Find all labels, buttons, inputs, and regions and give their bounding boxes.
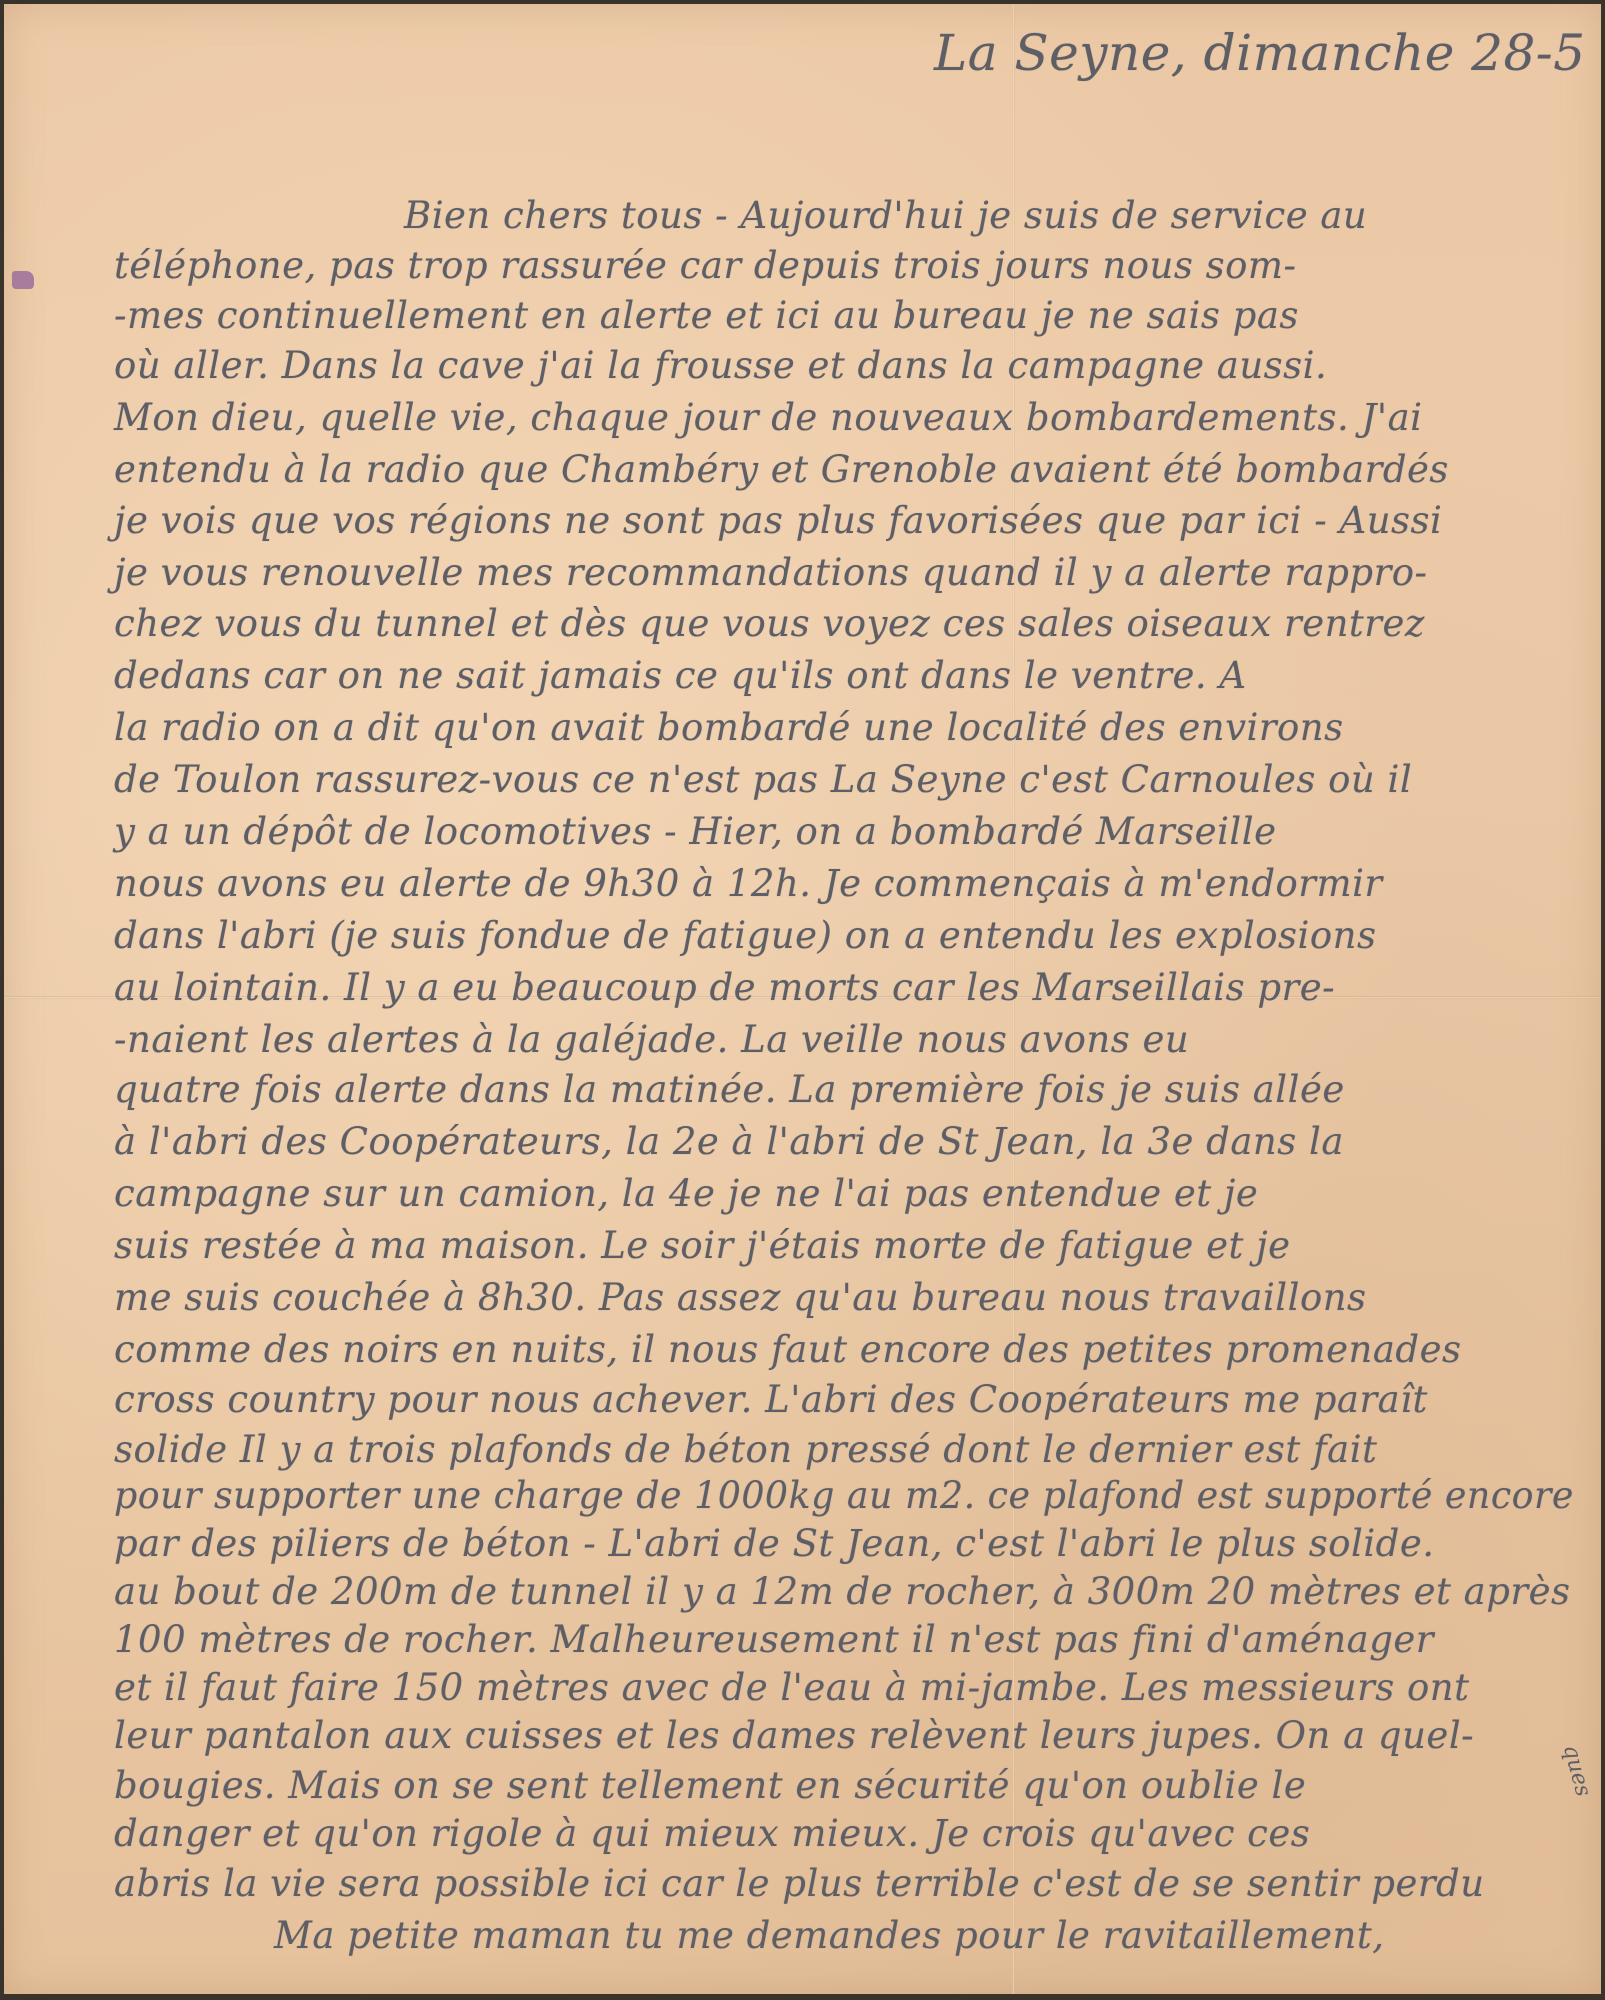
letter-line: de Toulon rassurez-vous ce n'est pas La … <box>114 758 1574 801</box>
letter-line: -naient les alertes à la galéjade. La ve… <box>114 1018 1574 1061</box>
letter-line: au bout de 200m de tunnel il y a 12m de … <box>114 1570 1574 1613</box>
purple-ink-stain <box>12 271 34 289</box>
letter-line: quatre fois alerte dans la matinée. La p… <box>114 1068 1574 1111</box>
letter-line: dans l'abri (je suis fondue de fatigue) … <box>114 914 1574 957</box>
letter-line: nous avons eu alerte de 9h30 à 12h. Je c… <box>114 862 1574 905</box>
letter-line: je vois que vos régions ne sont pas plus… <box>114 499 1574 542</box>
letter-line: pour supporter une charge de 1000kg au m… <box>114 1474 1548 1517</box>
letter-line: comme des noirs en nuits, il nous faut e… <box>114 1328 1574 1371</box>
letter-line: je vous renouvelle mes recommandations q… <box>114 551 1574 594</box>
letter-heading-place-date: La Seyne, dimanche 28-5 <box>934 24 1586 82</box>
letter-line: à l'abri des Coopérateurs, la 2e à l'abr… <box>114 1120 1574 1163</box>
letter-line: au lointain. Il y a eu beaucoup de morts… <box>114 966 1574 1009</box>
letter-line: me suis couchée à 8h30. Pas assez qu'au … <box>114 1276 1574 1319</box>
letter-line: campagne sur un camion, la 4e je ne l'ai… <box>114 1172 1574 1215</box>
letter-line: cross country pour nous achever. L'abri … <box>114 1378 1574 1421</box>
letter-line: entendu à la radio que Chambéry et Greno… <box>114 448 1574 491</box>
letter-line: suis restée à ma maison. Le soir j'étais… <box>114 1224 1574 1267</box>
letter-line: téléphone, pas trop rassurée car depuis … <box>114 244 1574 287</box>
letter-line: et il faut faire 150 mètres avec de l'ea… <box>114 1666 1574 1709</box>
letter-line: dedans car on ne sait jamais ce qu'ils o… <box>114 654 1574 697</box>
letter-line: 100 mètres de rocher. Malheureusement il… <box>114 1618 1574 1661</box>
letter-line: la radio on a dit qu'on avait bombardé u… <box>114 706 1574 749</box>
letter-line: Mon dieu, quelle vie, chaque jour de nou… <box>114 396 1574 439</box>
letter-line: abris la vie sera possible ici car le pl… <box>114 1862 1574 1905</box>
letter-line: où aller. Dans la cave j'ai la frousse e… <box>114 344 1574 387</box>
letter-line: Ma petite maman tu me demandes pour le r… <box>274 1914 1574 1957</box>
letter-line: -mes continuellement en alerte et ici au… <box>114 294 1574 337</box>
letter-line: y a un dépôt de locomotives - Hier, on a… <box>114 810 1574 853</box>
letter-line: Bien chers tous - Aujourd'hui je suis de… <box>404 194 1574 237</box>
letter-line: par des piliers de béton - L'abri de St … <box>114 1522 1574 1565</box>
letter-line: danger et qu'on rigole à qui mieux mieux… <box>114 1812 1574 1855</box>
letter-line: leur pantalon aux cuisses et les dames r… <box>114 1714 1574 1757</box>
letter-page: La Seyne, dimanche 28-5 Bien chers tous … <box>4 4 1601 1994</box>
letter-line: chez vous du tunnel et dès que vous voye… <box>114 602 1574 645</box>
letter-line: bougies. Mais on se sent tellement en sé… <box>114 1764 1574 1807</box>
letter-line: solide Il y a trois plafonds de béton pr… <box>114 1428 1574 1471</box>
